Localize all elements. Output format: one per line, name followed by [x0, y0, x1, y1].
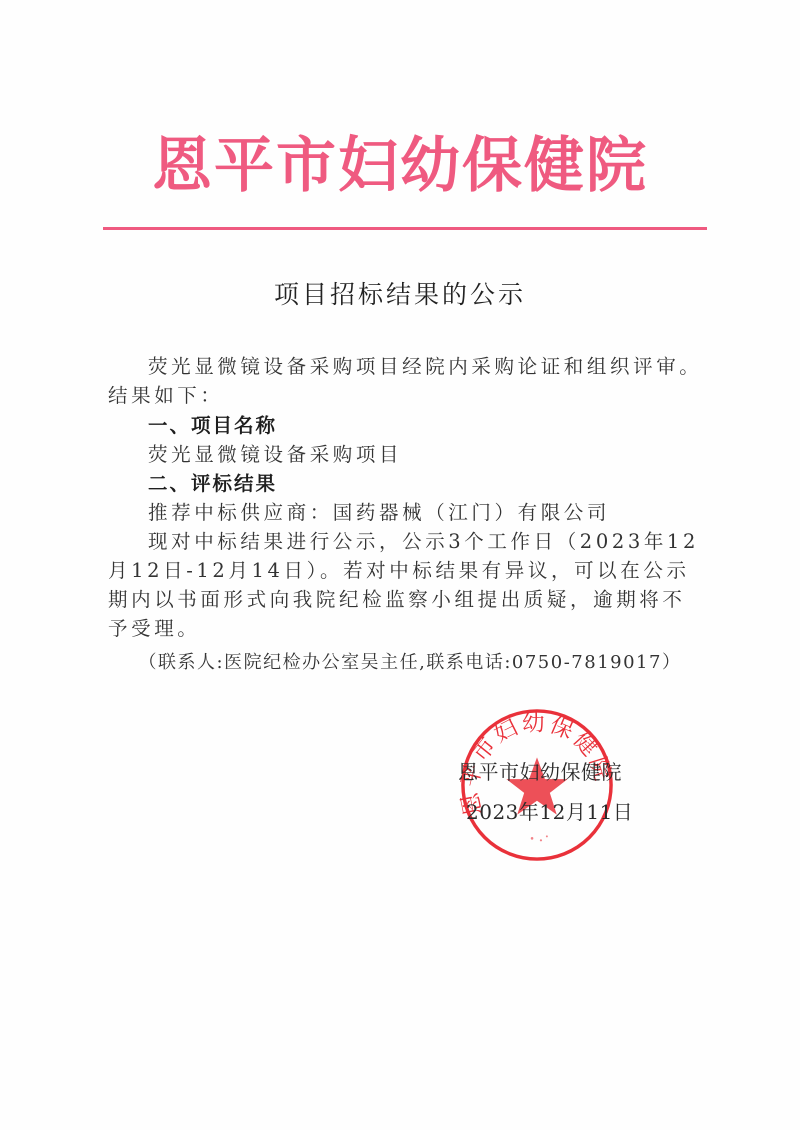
signature-org-name: 恩平市妇幼保健院	[458, 752, 678, 792]
intro-paragraph: 荧光显微镜设备采购项目经院内采购论证和组织评审。结果如下：	[108, 352, 708, 410]
notice-paragraph: 现对中标结果进行公示，公示3个工作日（2023年12月12日-12月14日）。若…	[108, 527, 708, 643]
letterhead-divider	[103, 227, 707, 230]
letterhead-org-name: 恩平市妇幼保健院	[0, 128, 800, 204]
section-heading-project-name: 一、项目名称	[108, 411, 748, 440]
document-page: 恩平市妇幼保健院 项目招标结果的公示 荧光显微镜设备采购项目经院内采购论证和组织…	[0, 0, 800, 1130]
signature-date: 2023年12月11日	[458, 792, 678, 832]
signature-block: 恩平市妇幼保健院 2023年12月11日	[458, 752, 678, 832]
document-title: 项目招标结果的公示	[0, 278, 800, 312]
contact-info: （联系人:医院纪检办公室吴主任,联系电话:0750-7819017）	[0, 648, 800, 674]
section-content-project-name: 荧光显微镜设备采购项目	[108, 440, 748, 469]
section-content-bid-result: 推荐中标供应商：国药器械（江门）有限公司	[108, 498, 748, 527]
section-heading-bid-result: 二、评标结果	[108, 469, 748, 498]
